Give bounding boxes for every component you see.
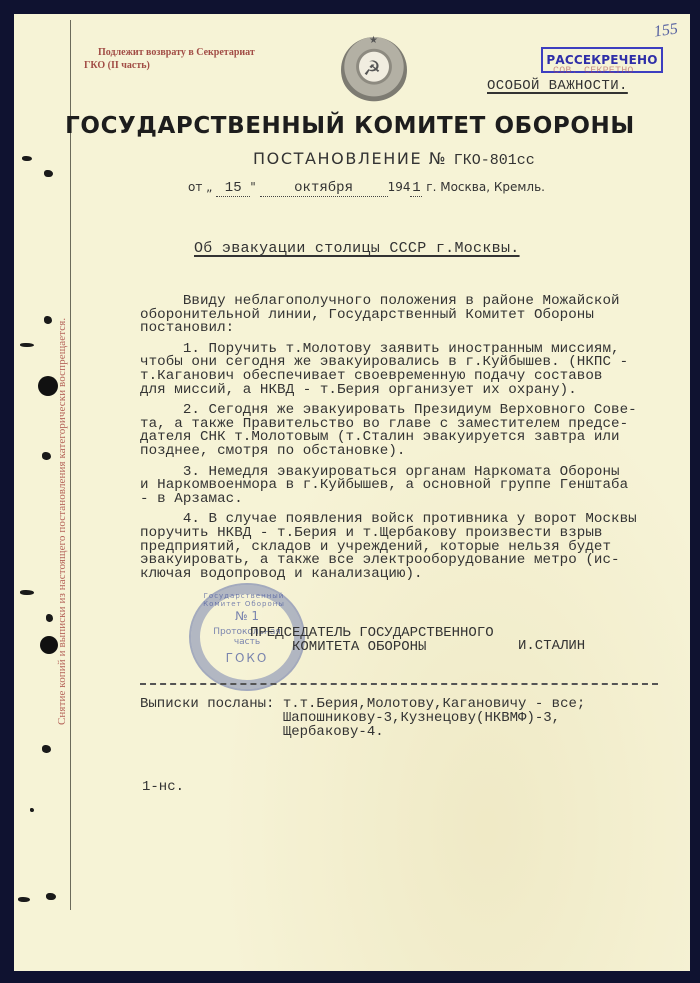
date-day: 15 — [216, 180, 250, 197]
punch-mark — [44, 170, 53, 177]
punch-mark — [44, 316, 52, 324]
binder-hole — [40, 636, 58, 654]
copy-prohibition-note: Снятие копий и выписки из настоящего пос… — [56, 225, 68, 725]
star-icon: ★ — [369, 35, 378, 46]
date-prefix: от „ — [188, 180, 212, 194]
organization-title: ГОСУДАРСТВЕННЫЙ КОМИТЕТ ОБОРОНЫ — [0, 113, 700, 139]
date-line: от „ 15" октября1941 г. Москва, Кремль. — [188, 180, 545, 197]
punch-mark — [42, 452, 51, 460]
signature-title: ПРЕДСЕДАТЕЛЬ ГОСУДАРСТВЕННОГО КОМИТЕТА О… — [250, 626, 494, 654]
declassified-stamp: СОВ. СЕКРЕТНО РАССЕКРЕЧЕНО — [541, 47, 663, 73]
clause-4: 4. В случае появления войск противника у… — [140, 513, 680, 581]
return-note-line: ГКО (II часть) — [84, 59, 255, 72]
margin-rule — [70, 20, 71, 910]
stamp-number: № 1 — [191, 609, 303, 623]
return-note-line: Подлежит возврату в Секретариат — [84, 46, 255, 59]
document-subject: Об эвакуации столицы СССР г.Москвы. — [194, 240, 520, 257]
resolution-number: ГКО-801сс — [454, 152, 535, 169]
punch-mark — [20, 590, 34, 595]
punch-mark — [42, 745, 51, 753]
resolution-heading: ПОСТАНОВЛЕНИЕ № ГКО-801сс — [253, 149, 535, 169]
binder-hole — [38, 376, 58, 396]
resolution-label: ПОСТАНОВЛЕНИЕ № — [253, 149, 447, 168]
date-month: октября — [260, 180, 388, 197]
preamble-paragraph: Ввиду неблагополучного положения в район… — [140, 295, 680, 336]
document-body: Ввиду неблагополучного положения в район… — [140, 295, 680, 588]
importance-marking: ОСОБОЙ ВАЖНОСТИ. — [487, 78, 628, 94]
stamp-ring-text: Государственный Комитет Обороны — [199, 592, 289, 608]
return-to-secretariat-note: Подлежит возврату в Секретариат ГКО (II … — [84, 46, 255, 72]
ussr-coat-of-arms-emblem: ★ ☭ — [341, 37, 407, 103]
date-year-prefix: 194 — [388, 180, 411, 194]
date-place: г. Москва, Кремль. — [426, 180, 545, 194]
punch-mark — [20, 343, 34, 347]
declassified-label: РАССЕКРЕЧЕНО — [546, 53, 657, 67]
clause-2: 2. Сегодня же эвакуировать Президиум Вер… — [140, 404, 680, 458]
signer-name: И.СТАЛИН — [518, 638, 585, 654]
importance-label: ОСОБОЙ ВАЖНОСТИ. — [487, 78, 628, 94]
reference-code: 1-нс. — [142, 779, 184, 795]
punch-mark — [46, 614, 53, 622]
distribution-list: Выписки посланы: т.т.Берия,Молотову,Кага… — [140, 697, 585, 739]
subject-text: Об эвакуации столицы СССР г.Москвы. — [194, 240, 520, 257]
punch-mark — [18, 897, 30, 902]
date-quote: " — [250, 180, 256, 194]
folio-number: 155 — [653, 20, 679, 41]
punch-mark — [46, 893, 56, 900]
clause-1: 1. Поручить т.Молотову заявить иностранн… — [140, 343, 680, 397]
hammer-sickle-icon: ☭ — [363, 56, 381, 80]
separator-rule — [140, 683, 658, 685]
clause-3: 3. Немедля эвакуироваться органам Нарком… — [140, 466, 680, 507]
punch-mark — [30, 808, 34, 812]
date-year-suffix: 1 — [410, 180, 422, 197]
punch-mark — [22, 156, 32, 161]
